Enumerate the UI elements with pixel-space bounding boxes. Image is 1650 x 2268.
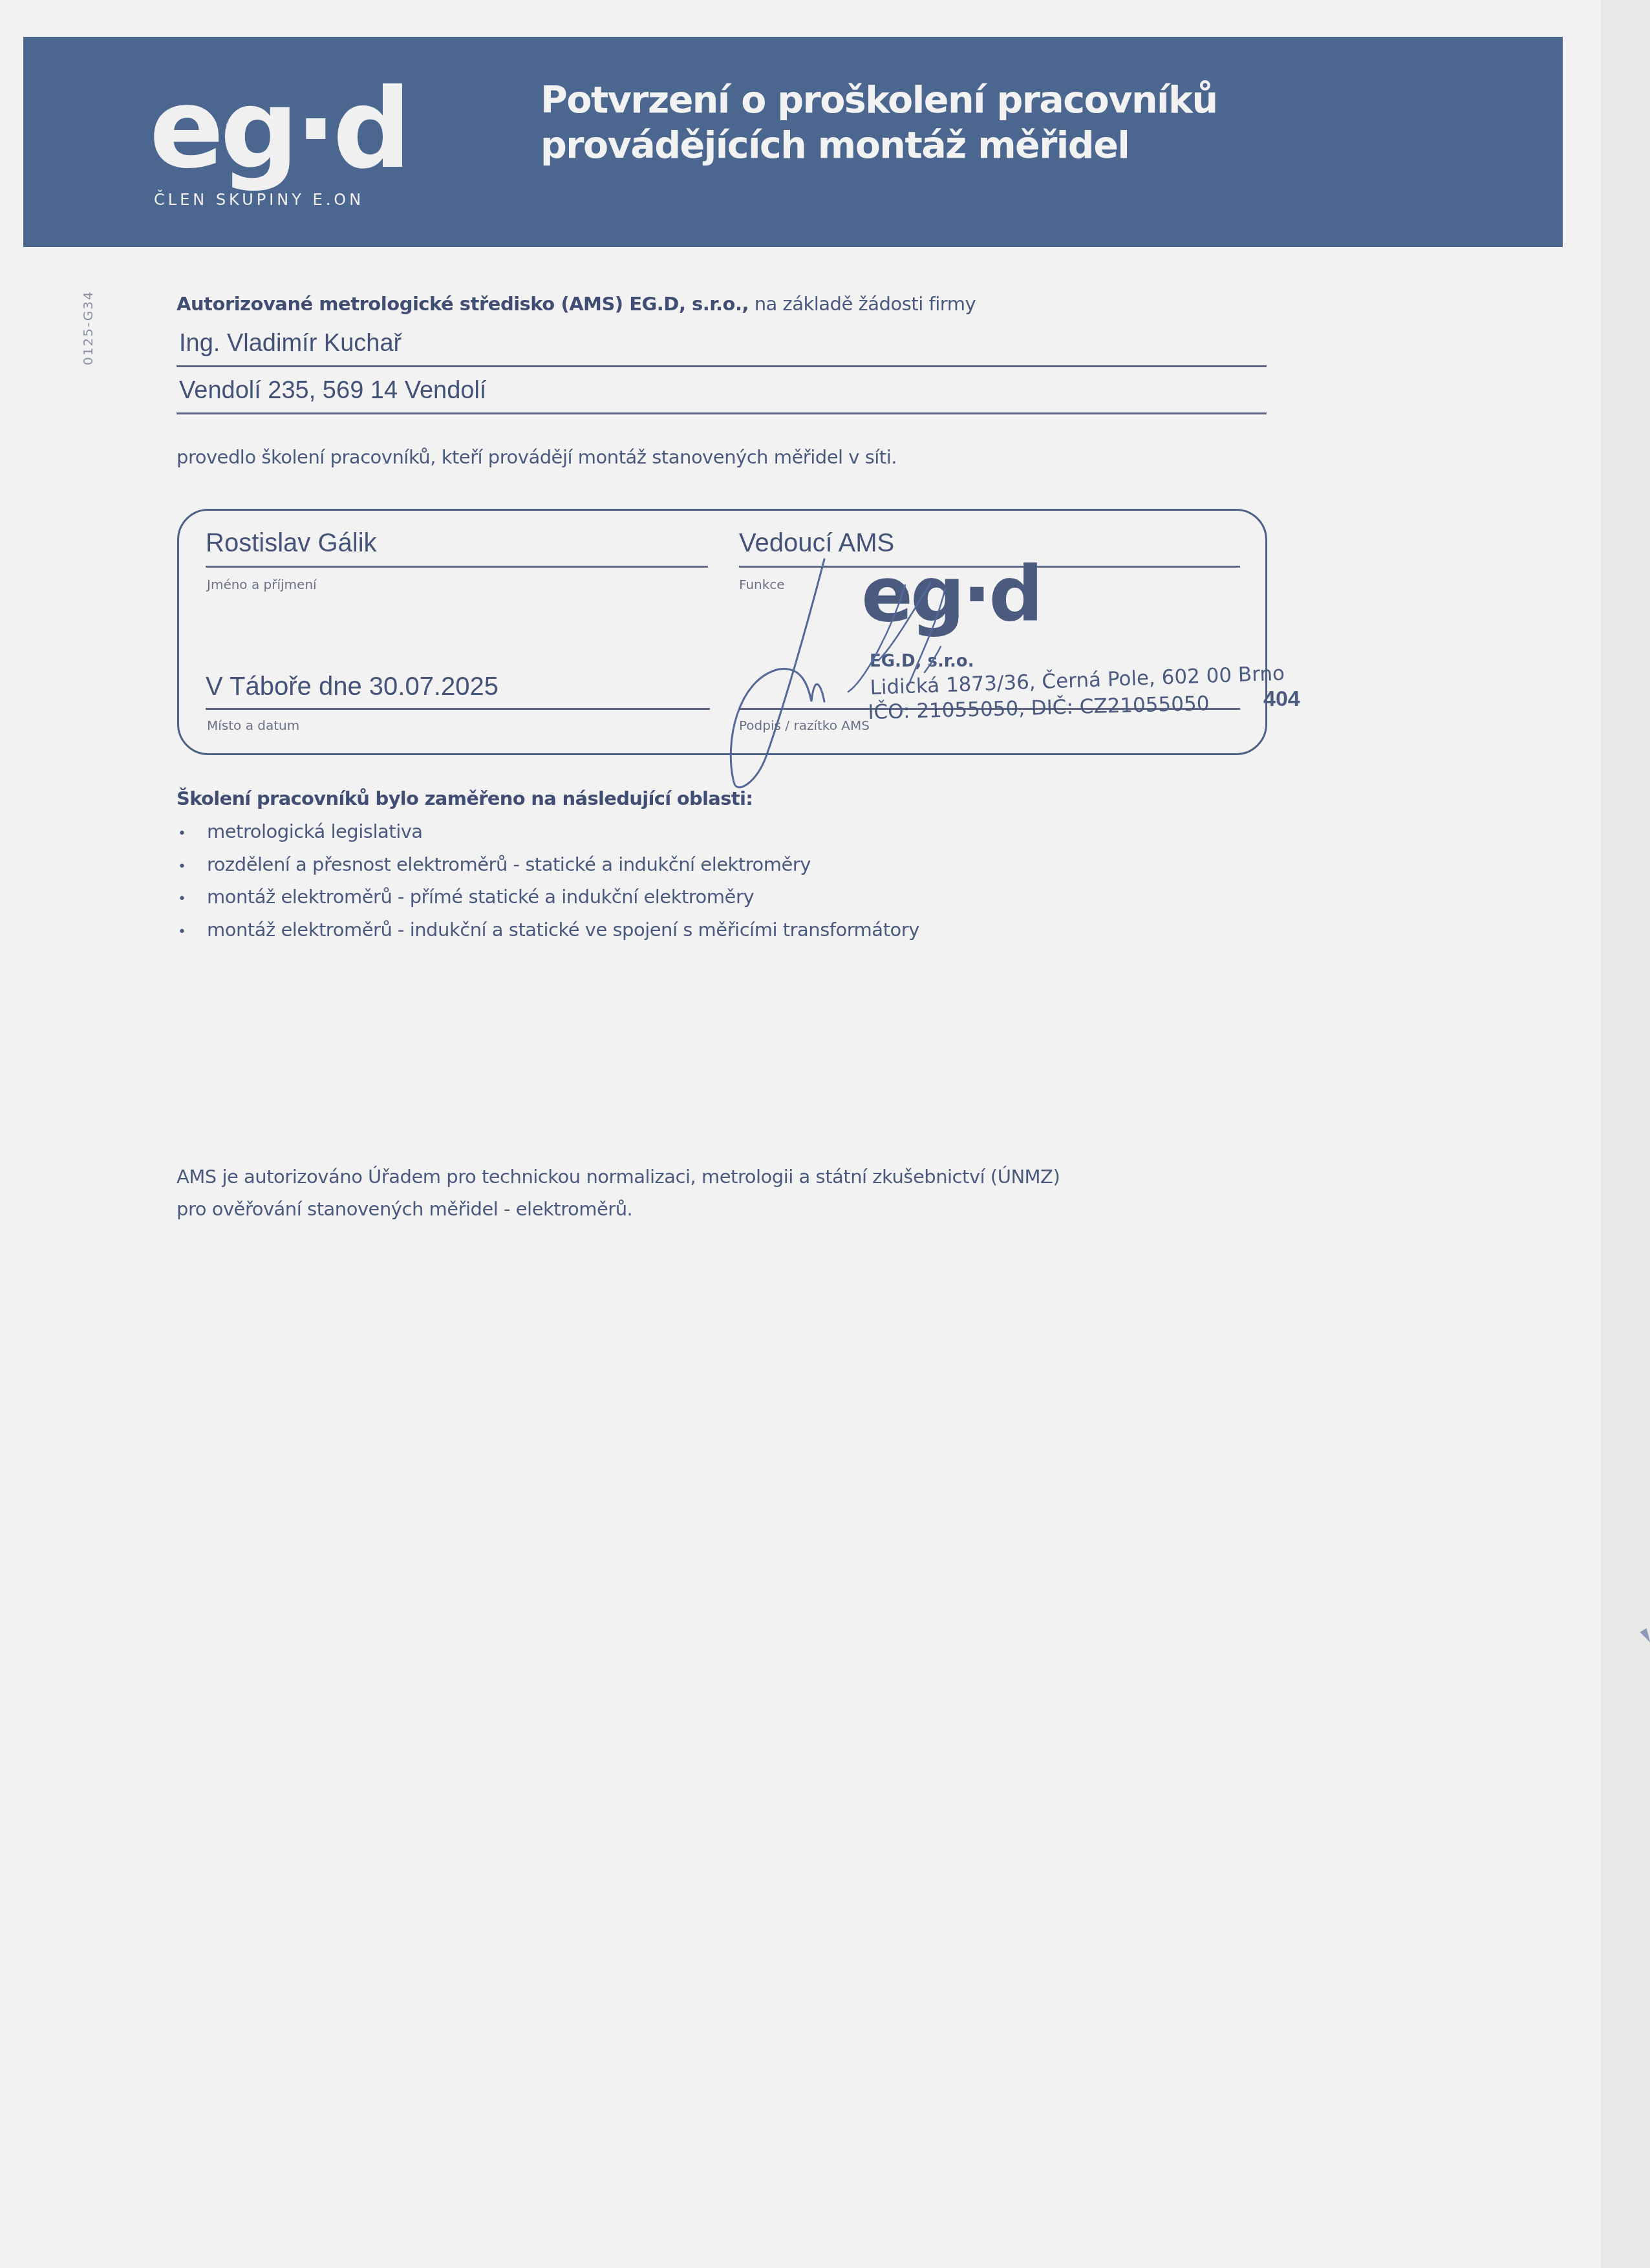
company-address-field: Vendolí 235, 569 14 Vendolí: [177, 377, 1267, 414]
egd-logo: eg·d: [149, 74, 407, 184]
document-title: Potvrzení o proškolení pracovníků provád…: [541, 78, 1316, 168]
bullet-icon: •: [177, 917, 207, 948]
function-label: Funkce: [739, 577, 785, 592]
skills-list: •metrologická legislativa •rozdělení a p…: [177, 817, 919, 947]
intro-rest: na základě žádosti firmy: [749, 293, 976, 315]
authorization-line-2: pro ověřování stanovených měřidel - elek…: [177, 1193, 1060, 1225]
statement-text: provedlo školení pracovníků, kteří prová…: [177, 446, 897, 468]
intro-text: Autorizované metrologické středisko (AMS…: [177, 293, 976, 315]
logo-subtitle: ČLEN SKUPINY E.ON: [154, 191, 364, 209]
bullet-icon: •: [177, 884, 207, 915]
stamp-logo: eg·d: [861, 556, 1041, 632]
skill-item: •metrologická legislativa: [177, 817, 919, 850]
skill-item: •montáž elektroměrů - indukční a statick…: [177, 915, 919, 948]
authorization-line-1: AMS je autorizováno Úřadem pro technicko…: [177, 1161, 1060, 1193]
stamp-company: EG.D, s.r.o.: [870, 652, 974, 671]
company-name-field: Ing. Vladimír Kuchař: [177, 330, 1267, 367]
skill-item: •montáž elektroměrů - přímé statické a i…: [177, 882, 919, 915]
intro-organization: Autorizované metrologické středisko (AMS…: [177, 293, 749, 315]
skills-heading: Školení pracovníků bylo zaměřeno na násl…: [177, 787, 753, 809]
scanner-edge-strip: [1601, 0, 1650, 2268]
stamp-number: 404: [1263, 687, 1300, 712]
form-code: 0125-G34: [80, 290, 96, 365]
bullet-icon: •: [177, 851, 207, 883]
signature-label: Podpis / razítko AMS: [739, 718, 870, 733]
bullet-icon: •: [177, 818, 207, 850]
trainer-name-label: Jméno a příjmení: [207, 577, 317, 592]
skill-item: •rozdělení a přesnost elektroměrů - stat…: [177, 850, 919, 883]
title-line-1: Potvrzení o proškolení pracovníků: [541, 78, 1316, 123]
trainer-name-field: Rostislav Gálik: [206, 529, 708, 568]
document-header: eg·d ČLEN SKUPINY E.ON Potvrzení o prošk…: [23, 37, 1563, 247]
place-date-field: V Táboře dne 30.07.2025: [206, 672, 710, 710]
authorization-note: AMS je autorizováno Úřadem pro technicko…: [177, 1161, 1060, 1225]
title-line-2: provádějících montáž měřidel: [541, 123, 1316, 168]
place-date-label: Místo a datum: [207, 718, 299, 733]
